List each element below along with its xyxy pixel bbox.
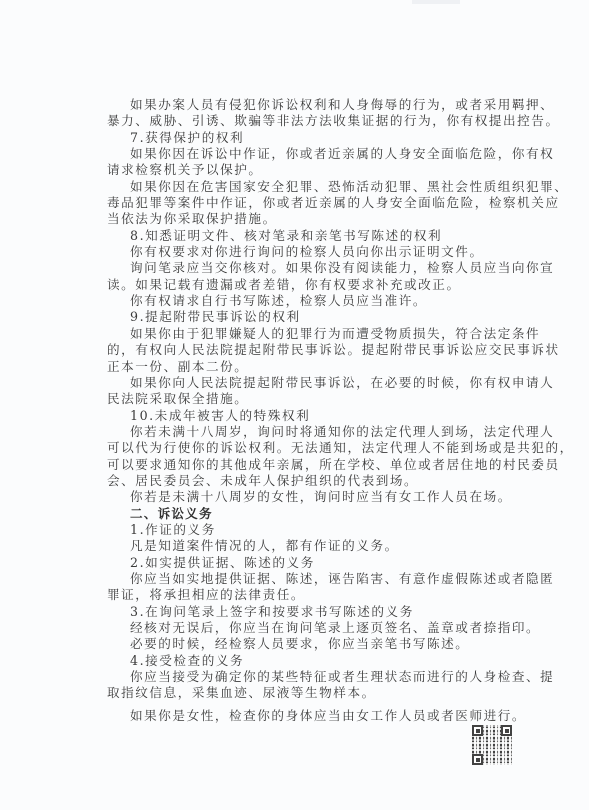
qr-finder-icon [501, 725, 512, 736]
paragraph-line: 你有权要求对你进行询问的检察人员向你出示证明文件。 [107, 244, 517, 260]
qr-code [472, 725, 512, 765]
paragraph-line: 凡是知道案件情况的人，都有作证的义务。 [107, 538, 517, 554]
paragraph-line: 民法院采取保全措施。 [107, 391, 517, 407]
section-heading: 二、诉讼义务 [107, 506, 517, 522]
paragraph-line: 毒品犯罪等案件中作证，你或者近亲属的人身安全面临危险，检察机关应 [107, 195, 517, 211]
paragraph-line: 询问笔录应当交你核对。如果你没有阅读能力，检察人员应当向你宣 [107, 260, 517, 276]
paragraph-line: 你若是未满十八周岁的女性，询问时应当有女工作人员在场。 [107, 489, 517, 505]
paragraph-line: 你应当接受为确定你的某些特征或者生理状态而进行的人身检查、提 [107, 669, 517, 685]
paragraph-line: 经核对无误后，你应当在询问笔录上逐页签名、盖章或者捺指印。 [107, 620, 517, 636]
subsection-heading: 3.在询问笔录上签字和按要求书写陈述的义务 [107, 604, 517, 620]
document-body: 如果办案人员有侵犯你诉讼权利和人身侮辱的行为，或者采用羁押、 暴力、威胁、引诱、… [107, 97, 517, 724]
paragraph-line: 如果你因在诉讼中作证，你或者近亲属的人身安全面临危险，你有权 [107, 146, 517, 162]
paragraph-line: 可以代为行使你的诉讼权利。无法通知，法定代理人不能到场或是共犯的， [107, 440, 517, 456]
subsection-heading: 4.接受检查的义务 [107, 653, 517, 669]
subsection-heading: 10.未成年被害人的特殊权利 [107, 408, 517, 424]
paragraph-line: 如果你是女性，检查你的身体应当由女工作人员或者医师进行。 [107, 708, 517, 724]
subsection-heading: 9.提起附带民事诉讼的权利 [107, 309, 517, 325]
paragraph-line: 如果你因在危害国家安全犯罪、恐怖活动犯罪、黑社会性质组织犯罪、 [107, 179, 517, 195]
subsection-heading: 8.知悉证明文件、核对笔录和亲笔书写陈述的权利 [107, 228, 517, 244]
paragraph-line: 请求检察机关予以保护。 [107, 162, 517, 178]
subsection-heading: 2.如实提供证据、陈述的义务 [107, 555, 517, 571]
paragraph-line: 的，有权向人民法院提起附带民事诉讼。提起附带民事诉讼应交民事诉状 [107, 342, 517, 358]
paragraph-line: 正本一份、副本二份。 [107, 359, 517, 375]
paragraph-line: 如果你由于犯罪嫌疑人的犯罪行为而遭受物质损失，符合法定条件 [107, 326, 517, 342]
paragraph-line: 你有权请求自行书写陈述，检察人员应当准许。 [107, 293, 517, 309]
qr-finder-icon [472, 754, 483, 765]
paragraph-line: 当依法为你采取保护措施。 [107, 211, 517, 227]
paragraph-line: 你应当如实地提供证据、陈述，诬告陷害、有意作虚假陈述或者隐匿 [107, 571, 517, 587]
paragraph-line: 罪证，将承担相应的法律责任。 [107, 587, 517, 603]
subsection-heading: 1.作证的义务 [107, 522, 517, 538]
paragraph-line: 暴力、威胁、引诱、欺骗等非法方法收集证据的行为，你有权提出控告。 [107, 113, 517, 129]
paragraph-line: 如果办案人员有侵犯你诉讼权利和人身侮辱的行为，或者采用羁押、 [107, 97, 517, 113]
paragraph-line: 如果你向人民法院提起附带民事诉讼，在必要的时候，你有权申请人 [107, 375, 517, 391]
paragraph-line: 必要的时候，经检察人员要求，你应当亲笔书写陈述。 [107, 636, 517, 652]
paragraph-line: 读。如果记载有遗漏或者差错，你有权要求补充或改正。 [107, 277, 517, 293]
qr-finder-icon [472, 725, 483, 736]
scan-header-mark [412, 0, 460, 4]
paragraph-line: 会、居民委员会、未成年人保护组织的代表到场。 [107, 473, 517, 489]
subsection-heading: 7.获得保护的权利 [107, 130, 517, 146]
paragraph-line: 可以要求通知你的其他成年亲属，所在学校、单位或者居住地的村民委员 [107, 457, 517, 473]
paragraph-line: 你若未满十八周岁，询问时将通知你的法定代理人到场，法定代理人 [107, 424, 517, 440]
paragraph-line: 取指纹信息，采集血迹、尿液等生物样本。 [107, 685, 517, 701]
